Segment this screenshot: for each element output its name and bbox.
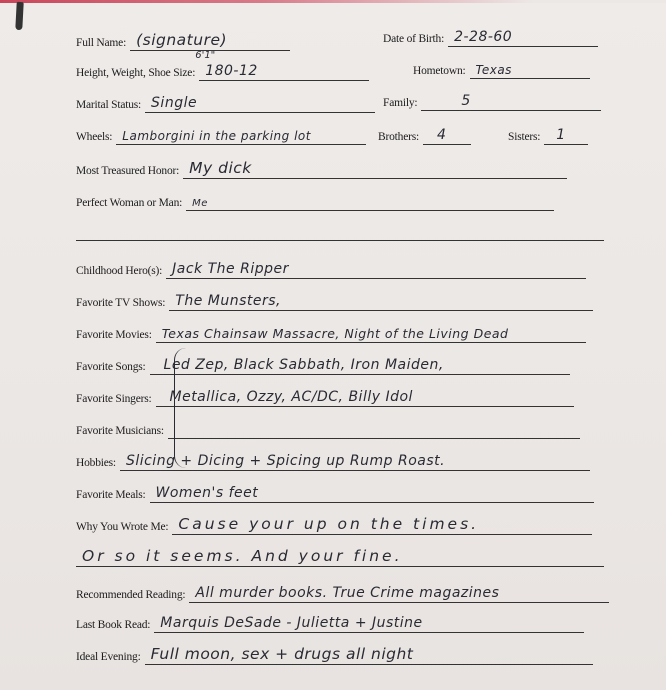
value-why-you-wrote-me-continued: Or so it seems. And your fine. <box>82 547 403 565</box>
row-favorite-musicians: Favorite Musicians: <box>76 416 580 439</box>
field-favorite-songs: Led Zep, Black Sabbath, Iron Maiden, <box>150 352 570 375</box>
value-marital-status: Single <box>151 95 197 111</box>
label-why-you-wrote-me: Why You Wrote Me: <box>76 521 168 535</box>
label-favorite-movies: Favorite Movies: <box>76 329 152 343</box>
field-brothers: 4 <box>423 122 471 145</box>
field-why-you-wrote-me: Cause your up on the times. <box>172 512 592 535</box>
row-childhood-heroes: Childhood Hero(s): Jack The Ripper <box>76 256 586 279</box>
label-hometown: Hometown: <box>413 65 466 79</box>
value-favorite-tv-shows: The Munsters, <box>175 293 281 309</box>
label-height-weight-shoe: Height, Weight, Shoe Size: <box>76 67 195 81</box>
value-full-name: (signature) <box>136 31 227 49</box>
value-why-you-wrote-me: Cause your up on the times. <box>178 515 479 533</box>
field-height-weight-shoe: 6'1" 180-12 <box>199 58 369 81</box>
value-most-treasured-honor: My dick <box>189 159 252 177</box>
field-recommended-reading: All murder books. True Crime magazines <box>189 580 609 603</box>
value-favorite-singers: Metallica, Ozzy, AC/DC, Billy Idol <box>170 389 413 405</box>
row-date-of-birth: Date of Birth: 2-28-60 <box>383 24 598 47</box>
row-why-you-wrote-me-continued: Or so it seems. And your fine. <box>76 544 604 567</box>
row-wheels: Wheels: Lamborgini in the parking lot <box>76 122 366 145</box>
label-favorite-musicians: Favorite Musicians: <box>76 425 164 439</box>
blank-line <box>76 240 604 241</box>
row-family: Family: 5 <box>383 88 601 111</box>
field-family: 5 <box>421 88 601 111</box>
label-marital-status: Marital Status: <box>76 99 141 113</box>
row-hometown: Hometown: Texas <box>413 56 590 79</box>
field-last-book-read: Marquis DeSade - Julietta + Justine <box>154 610 584 633</box>
label-favorite-meals: Favorite Meals: <box>76 489 146 503</box>
label-full-name: Full Name: <box>76 37 126 51</box>
field-sisters: 1 <box>544 122 588 145</box>
label-most-treasured-honor: Most Treasured Honor: <box>76 165 179 179</box>
value-hometown: Texas <box>476 63 512 77</box>
page-edge <box>0 0 666 3</box>
row-height-weight-shoe: Height, Weight, Shoe Size: 6'1" 180-12 <box>76 58 369 81</box>
row-favorite-meals: Favorite Meals: Women's feet <box>76 480 594 503</box>
field-hometown: Texas <box>470 56 590 79</box>
label-childhood-heroes: Childhood Hero(s): <box>76 265 162 279</box>
value-childhood-heroes: Jack The Ripper <box>172 261 289 277</box>
field-favorite-tv-shows: The Munsters, <box>169 288 593 311</box>
field-wheels: Lamborgini in the parking lot <box>116 122 366 145</box>
field-favorite-movies: Texas Chainsaw Massacre, Night of the Li… <box>156 320 586 343</box>
label-family: Family: <box>383 97 417 111</box>
row-brothers: Brothers: 4 <box>378 122 471 145</box>
value-sisters: 1 <box>556 127 565 143</box>
row-hobbies: Hobbies: Slicing + Dicing + Spicing up R… <box>76 448 590 471</box>
value-recommended-reading: All murder books. True Crime magazines <box>195 585 499 601</box>
label-favorite-singers: Favorite Singers: <box>76 393 152 407</box>
field-childhood-heroes: Jack The Ripper <box>166 256 586 279</box>
field-ideal-evening: Full moon, sex + drugs all night <box>145 642 593 665</box>
field-hobbies: Slicing + Dicing + Spicing up Rump Roast… <box>120 448 590 471</box>
row-sisters: Sisters: 1 <box>508 122 588 145</box>
row-perfect-woman-or-man: Perfect Woman or Man: Me <box>76 188 554 211</box>
field-most-treasured-honor: My dick <box>183 156 567 179</box>
row-full-name: Full Name: (signature) <box>76 28 290 51</box>
row-most-treasured-honor: Most Treasured Honor: My dick <box>76 156 567 179</box>
field-why-you-wrote-me-continued: Or so it seems. And your fine. <box>76 544 604 567</box>
row-recommended-reading: Recommended Reading: All murder books. T… <box>76 580 609 603</box>
label-perfect-woman-or-man: Perfect Woman or Man: <box>76 197 182 211</box>
row-marital-status: Marital Status: Single <box>76 90 375 113</box>
value-brothers: 4 <box>437 127 446 143</box>
field-favorite-meals: Women's feet <box>150 480 594 503</box>
label-last-book-read: Last Book Read: <box>76 619 150 633</box>
field-favorite-musicians <box>168 416 580 439</box>
pen-mark <box>15 2 23 30</box>
value-favorite-meals: Women's feet <box>156 485 259 501</box>
label-favorite-tv-shows: Favorite TV Shows: <box>76 297 165 311</box>
row-ideal-evening: Ideal Evening: Full moon, sex + drugs al… <box>76 642 593 665</box>
field-marital-status: Single <box>145 90 375 113</box>
value-favorite-songs: Led Zep, Black Sabbath, Iron Maiden, <box>164 357 444 373</box>
row-why-you-wrote-me: Why You Wrote Me: Cause your up on the t… <box>76 512 592 535</box>
label-recommended-reading: Recommended Reading: <box>76 589 185 603</box>
value-ideal-evening: Full moon, sex + drugs all night <box>151 645 414 663</box>
value-height-note: 6'1" <box>195 50 215 61</box>
value-favorite-movies: Texas Chainsaw Massacre, Night of the Li… <box>162 326 509 341</box>
row-last-book-read: Last Book Read: Marquis DeSade - Juliett… <box>76 610 584 633</box>
value-family: 5 <box>461 93 470 109</box>
field-favorite-singers: Metallica, Ozzy, AC/DC, Billy Idol <box>156 384 574 407</box>
row-favorite-singers: Favorite Singers: Metallica, Ozzy, AC/DC… <box>76 384 574 407</box>
row-favorite-tv-shows: Favorite TV Shows: The Munsters, <box>76 288 593 311</box>
label-sisters: Sisters: <box>508 131 540 145</box>
field-date-of-birth: 2-28-60 <box>448 24 598 47</box>
label-brothers: Brothers: <box>378 131 419 145</box>
value-wheels: Lamborgini in the parking lot <box>122 129 311 143</box>
value-hobbies: Slicing + Dicing + Spicing up Rump Roast… <box>126 453 445 469</box>
label-date-of-birth: Date of Birth: <box>383 33 444 47</box>
row-favorite-songs: Favorite Songs: Led Zep, Black Sabbath, … <box>76 352 570 375</box>
label-ideal-evening: Ideal Evening: <box>76 651 141 665</box>
value-last-book-read: Marquis DeSade - Julietta + Justine <box>160 615 422 631</box>
field-full-name: (signature) <box>130 28 290 51</box>
field-perfect-woman-or-man: Me <box>186 188 554 211</box>
value-perfect-woman-or-man: Me <box>192 198 208 209</box>
label-hobbies: Hobbies: <box>76 457 116 471</box>
label-favorite-songs: Favorite Songs: <box>76 361 146 375</box>
row-favorite-movies: Favorite Movies: Texas Chainsaw Massacre… <box>76 320 586 343</box>
value-date-of-birth: 2-28-60 <box>454 29 512 45</box>
value-height-weight-shoe: 180-12 <box>205 63 258 79</box>
label-wheels: Wheels: <box>76 131 112 145</box>
